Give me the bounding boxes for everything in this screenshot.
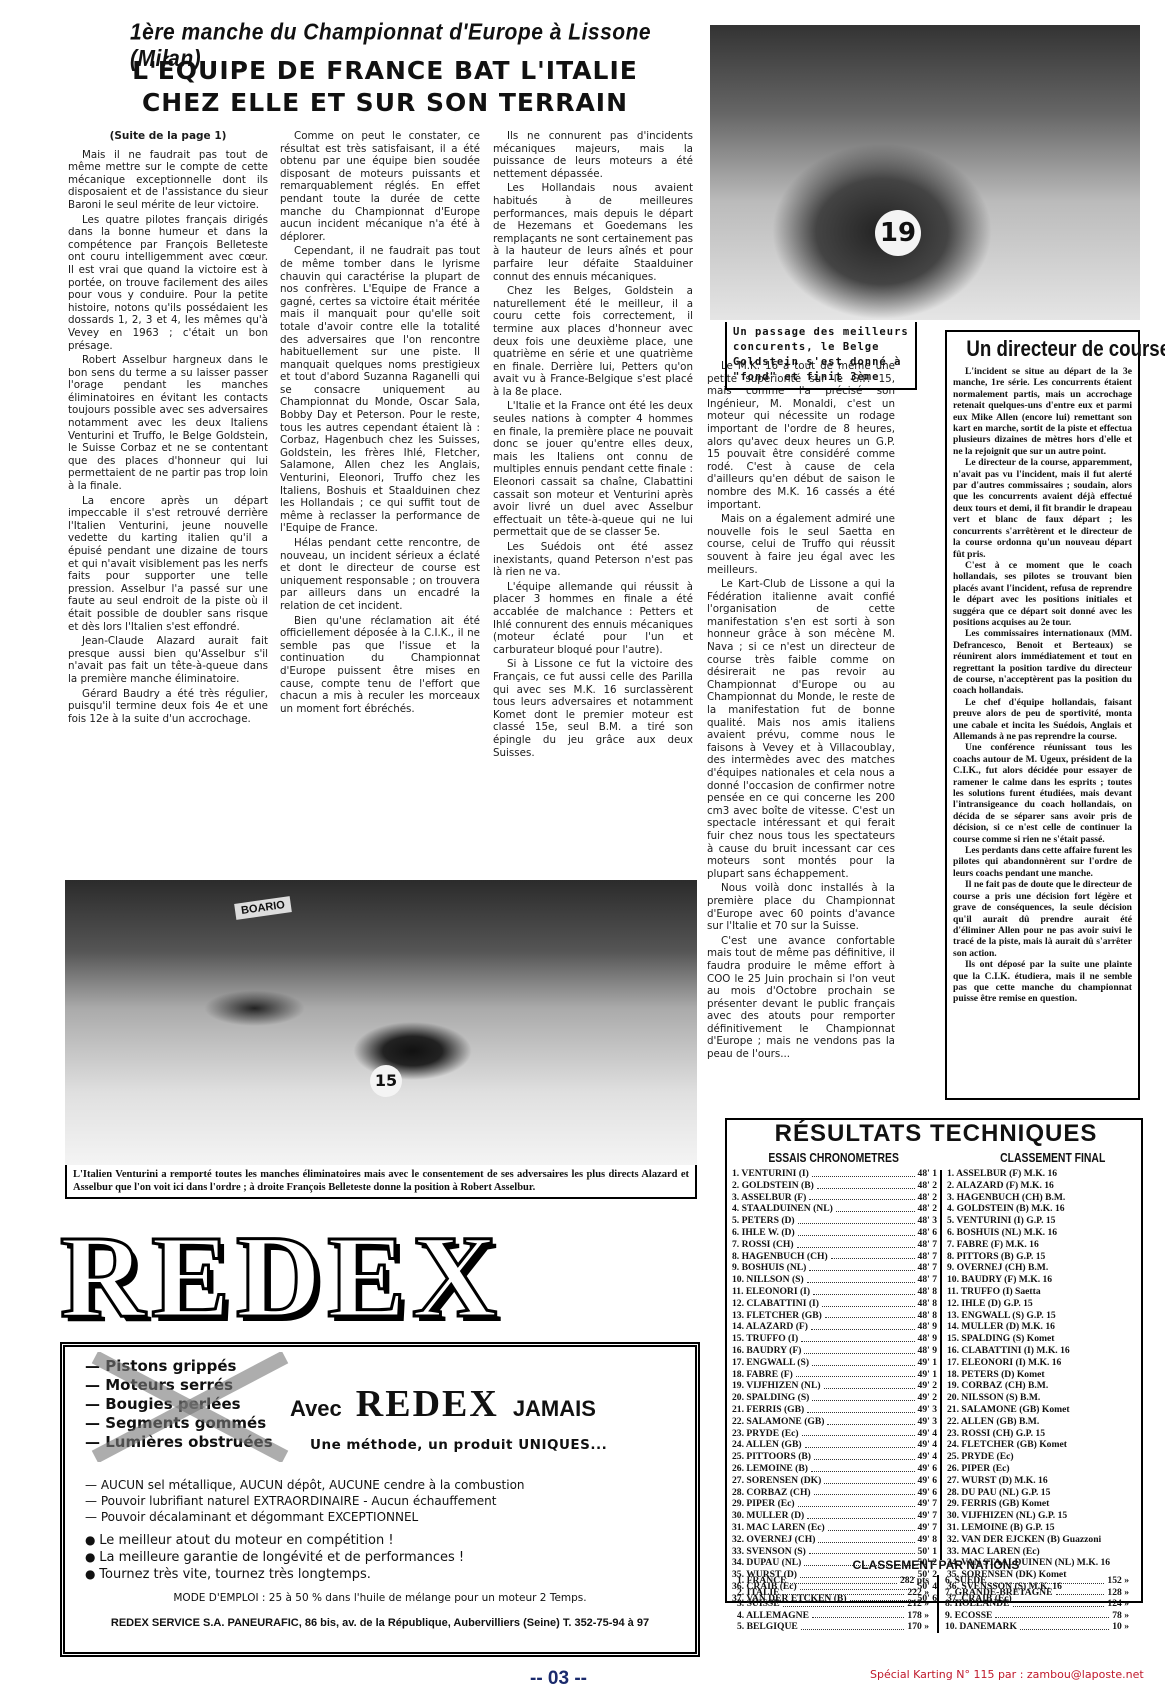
usage-instructions: MODE D'EMPLOI : 25 à 50 % dans l'huile d… xyxy=(65,1592,695,1604)
driver-name: 27. SORENSEN (DK) xyxy=(732,1475,821,1487)
nation-name: 9. ECOSSE xyxy=(945,1610,992,1622)
final-ranking-heading: CLASSEMENT FINAL xyxy=(1000,1150,1105,1165)
nation-name: 5. BELGIQUE xyxy=(737,1621,798,1633)
lap-time: 48' 6 xyxy=(918,1227,937,1239)
leader-dots xyxy=(805,1439,915,1448)
driver-name: 29. PIPER (Ec) xyxy=(732,1498,795,1510)
final-row: 33. MAC LAREN (Ec) xyxy=(947,1546,1142,1558)
lap-time: 49' 2 xyxy=(918,1392,937,1404)
qualifying-row: 7. ROSSI (CH)48' 7 xyxy=(732,1239,937,1251)
qualifying-row: 23. PRYDE (Ec)49' 4 xyxy=(732,1428,937,1440)
nation-row: 5. BELGIQUE170 » xyxy=(737,1621,929,1633)
paragraph: C'est une avance confortable mais tout d… xyxy=(707,935,895,1061)
driver-name: 24. ALLEN (GB) xyxy=(732,1439,802,1451)
article-headline: L'ÉQUIPE DE FRANCE BAT L'ITALIE CHEZ ELL… xyxy=(70,55,700,119)
qualifying-row: 11. ELEONORI (I)48' 8 xyxy=(732,1286,937,1298)
paragraph: Cependant, il ne faudrait pas tout de mê… xyxy=(280,245,480,535)
paragraph: Chez les Belges, Goldstein a naturelleme… xyxy=(493,285,693,398)
lap-time: 48' 2 xyxy=(918,1180,937,1192)
problem-item: Moteurs serrés xyxy=(85,1376,273,1395)
photo-caption-big: L'Italien Venturini a remporté toutes le… xyxy=(65,1165,697,1199)
qualifying-row: 20. SPALDING (S)49' 2 xyxy=(732,1392,937,1404)
lap-time: 48' 1 xyxy=(918,1168,937,1180)
qualifying-row: 4. STAALDUINEN (NL)48' 2 xyxy=(732,1203,937,1215)
lap-time: 49' 1 xyxy=(918,1357,937,1369)
redex-advertisement: REDEX Pistons grippés Moteurs serrés Bou… xyxy=(60,1212,700,1657)
final-row: 19. CORBAZ (CH) B.M. xyxy=(947,1380,1142,1392)
redex-logo: REDEX xyxy=(60,1212,700,1342)
final-row: 22. ALLEN (GB) B.M. xyxy=(947,1416,1142,1428)
leader-dots xyxy=(1056,1587,1105,1596)
final-row: 12. IHLE (D) G.P. 15 xyxy=(947,1298,1142,1310)
final-row: 5. VENTURINI (I) G.P. 15 xyxy=(947,1215,1142,1227)
qualifying-row: 3. ASSELBUR (F)48' 2 xyxy=(732,1192,937,1204)
points-unit: » xyxy=(1124,1575,1129,1587)
driver-name: 4. STAALDUINEN (NL) xyxy=(732,1203,833,1215)
lap-time: 48' 9 xyxy=(918,1333,937,1345)
sidebar-paragraph: Ils ont déposé par la suite une plainte … xyxy=(953,959,1132,1005)
driver-name: 2. GOLDSTEIN (B) xyxy=(732,1180,814,1192)
paragraph: Si à Lissone ce fut la victoire des Fran… xyxy=(493,658,693,759)
lap-time: 48' 7 xyxy=(918,1239,937,1251)
qualifying-row: 21. FERRIS (GB)49' 3 xyxy=(732,1404,937,1416)
points-unit: » xyxy=(1124,1621,1129,1633)
leader-dots xyxy=(1013,1598,1105,1607)
qualifying-row: 29. PIPER (Ec)49' 7 xyxy=(732,1498,937,1510)
leader-dots xyxy=(782,1587,904,1596)
leader-dots xyxy=(817,1180,915,1189)
nation-points: 10 xyxy=(1112,1621,1122,1633)
driver-name: 33. SVENSON (S) xyxy=(732,1546,806,1558)
race-photo-venturini: BOARIO 15 xyxy=(65,880,697,1165)
lap-time: 49' 3 xyxy=(918,1404,937,1416)
continued-note: (Suite de la page 1) xyxy=(68,130,268,143)
points-unit: » xyxy=(1124,1587,1129,1599)
paragraph: Les Hollandais nous avaient habitués à d… xyxy=(493,182,693,283)
driver-name: 19. VIJFHIZEN (NL) xyxy=(732,1380,821,1392)
leader-dots xyxy=(796,1369,915,1378)
article-column-3: Ils ne connurent pas d'incidents mécaniq… xyxy=(493,130,693,761)
leader-dots xyxy=(812,1392,914,1401)
driver-name: 23. PRYDE (Ec) xyxy=(732,1428,799,1440)
nation-name: 2. ITALIE xyxy=(737,1587,779,1599)
final-ranking-table: 1. ASSELBUR (F) M.K. 162. ALAZARD (F) M.… xyxy=(947,1168,1142,1604)
qualifying-row: 27. SORENSEN (DK)49' 6 xyxy=(732,1475,937,1487)
final-row: 4. GOLDSTEIN (B) M.K. 16 xyxy=(947,1203,1142,1215)
driver-name: 15. TRUFFO (I) xyxy=(732,1333,798,1345)
leader-dots xyxy=(822,1298,915,1307)
paragraph: La encore après un départ impeccable il … xyxy=(68,495,268,634)
avec-redex-slogan: AvecREDEXJAMAIS xyxy=(290,1382,596,1426)
lap-time: 49' 1 xyxy=(918,1369,937,1381)
redex-ad-box: Pistons grippés Moteurs serrés Bougies p… xyxy=(60,1342,700,1657)
qualifying-row: 22. SALAMONE (GB)49' 3 xyxy=(732,1416,937,1428)
final-row: 14. MULLER (D) M.K. 16 xyxy=(947,1321,1142,1333)
headline-line-2: CHEZ ELLE ET SUR SON TERRAIN xyxy=(70,87,700,119)
sidebar-box: Un directeur de course trop nerveux L'in… xyxy=(945,330,1140,1100)
points-unit: » xyxy=(924,1587,929,1599)
paragraph: Robert Asselbur hargneux dans le bon sen… xyxy=(68,354,268,493)
driver-name: 7. ROSSI (CH) xyxy=(732,1239,794,1251)
final-row: 10. BAUDRY (F) M.K. 16 xyxy=(947,1274,1142,1286)
qualifying-row: 10. NILLSON (S)48' 7 xyxy=(732,1274,937,1286)
nation-points: 124 xyxy=(1107,1598,1121,1610)
lap-time: 48' 8 xyxy=(918,1298,937,1310)
leader-dots xyxy=(813,1286,914,1295)
lap-time: 48' 2 xyxy=(918,1192,937,1204)
final-row: 32. VAN DER EJCKEN (B) Guazzoni xyxy=(947,1534,1142,1546)
sidebar-paragraph: L'incident se situe au départ de la 3e m… xyxy=(953,366,1132,457)
problem-item: Lumières obstruées xyxy=(85,1433,273,1452)
benefit-item: Tournez très vite, tournez très longtemp… xyxy=(85,1566,464,1583)
avec-label: Avec xyxy=(290,1396,342,1421)
qualifying-row: 18. FABRE (F)49' 1 xyxy=(732,1369,937,1381)
lap-time: 50' 1 xyxy=(918,1546,937,1558)
leader-dots xyxy=(798,1498,915,1507)
qualifying-row: 9. BOSHUIS (NL)48' 7 xyxy=(732,1262,937,1274)
qualifying-row: 15. TRUFFO (I)48' 9 xyxy=(732,1333,937,1345)
nations-heading: CLASSEMENT PAR NATIONS xyxy=(727,1558,1145,1572)
paragraph: Les quatre pilotes français dirigés dans… xyxy=(68,214,268,353)
points-unit: » xyxy=(924,1598,929,1610)
qualifying-row: 16. BAUDRY (F)48' 9 xyxy=(732,1345,937,1357)
feature-item: Pouvoir lubrifiant naturel EXTRAORDINAIR… xyxy=(85,1493,525,1509)
results-title: RÉSULTATS TECHNIQUES xyxy=(727,1120,1145,1148)
nations-table: 1. FRANCE282 pts2. ITALIE222 »3. SUISSE2… xyxy=(737,1575,1137,1633)
qualifying-row: 6. IHLE W. (D)48' 6 xyxy=(732,1227,937,1239)
article-column-1: (Suite de la page 1) Mais il ne faudrait… xyxy=(68,130,268,727)
company-address: REDEX SERVICE S.A. PANEURAFIC, 86 bis, a… xyxy=(65,1617,695,1629)
sidebar-paragraph: Le chef d'équipe hollandais, faisant pre… xyxy=(953,697,1132,743)
leader-dots xyxy=(807,1404,914,1413)
points-unit: » xyxy=(924,1621,929,1633)
qualifying-row: 17. ENGWALL (S)49' 1 xyxy=(732,1357,937,1369)
paragraph: Gérard Baudry a été très régulier, puisq… xyxy=(68,688,268,726)
nation-row: 7. GRANDE-BRETAGNE128 » xyxy=(945,1587,1129,1599)
leader-dots xyxy=(811,1463,915,1472)
nation-name: 7. GRANDE-BRETAGNE xyxy=(945,1587,1053,1599)
lap-time: 49' 7 xyxy=(918,1498,937,1510)
leader-dots xyxy=(824,1380,915,1389)
paragraph: Comme on peut le constater, ce résultat … xyxy=(280,130,480,243)
final-row: 27. WURST (D) M.K. 16 xyxy=(947,1475,1142,1487)
problem-item: Segments gommés xyxy=(85,1414,273,1433)
leader-dots xyxy=(836,1203,915,1212)
final-row: 25. PRYDE (Ec) xyxy=(947,1451,1142,1463)
paragraph: Nous voilà donc installés à la première … xyxy=(707,882,895,932)
nation-name: 3. SUISSE xyxy=(737,1598,780,1610)
leader-dots xyxy=(1020,1621,1109,1630)
qualifying-row: 30. MULLER (D)49' 7 xyxy=(732,1510,937,1522)
sidebar-paragraph: C'est à ce moment que le coach hollandai… xyxy=(953,560,1132,628)
qualifying-row: 2. GOLDSTEIN (B)48' 2 xyxy=(732,1180,937,1192)
leader-dots xyxy=(831,1251,915,1260)
paragraph: Mais on a également admiré une nouvelle … xyxy=(707,513,895,576)
article-column-4: Le M.K. 16 a tout de même une petite sup… xyxy=(707,360,895,1063)
leader-dots xyxy=(798,1227,915,1236)
qualifying-row: 25. PITTOORS (B)49' 4 xyxy=(732,1451,937,1463)
nation-row: 9. ECOSSE78 » xyxy=(945,1610,1129,1622)
driver-name: 32. OVERNEJ (CH) xyxy=(732,1534,815,1546)
leader-dots xyxy=(814,1487,915,1496)
lap-time: 48' 7 xyxy=(918,1262,937,1274)
paragraph: L'équipe allemande qui réussit à placer … xyxy=(493,581,693,657)
page-number: -- 03 -- xyxy=(530,1668,587,1690)
points-unit: » xyxy=(1124,1598,1129,1610)
final-row: 31. LEMOINE (B) G.P. 15 xyxy=(947,1522,1142,1534)
driver-name: 3. ASSELBUR (F) xyxy=(732,1192,806,1204)
headline-line-1: L'ÉQUIPE DE FRANCE BAT L'ITALIE xyxy=(70,55,700,87)
driver-name: 13. FLETCHER (GB) xyxy=(732,1310,822,1322)
lap-time: 49' 6 xyxy=(918,1487,937,1499)
final-row: 7. FABRE (F) M.K. 16 xyxy=(947,1239,1142,1251)
sidebar-paragraph: Une conférence réunissant tous les coach… xyxy=(953,742,1132,845)
qualifying-row: 28. CORBAZ (CH)49' 6 xyxy=(732,1487,937,1499)
lap-time: 49' 8 xyxy=(918,1534,937,1546)
driver-name: 28. CORBAZ (CH) xyxy=(732,1487,811,1499)
leader-dots xyxy=(809,1262,914,1271)
final-row: 17. ELEONORI (I) M.K. 16 xyxy=(947,1357,1142,1369)
driver-name: 8. HAGENBUCH (CH) xyxy=(732,1251,828,1263)
sidebar-paragraph: Il ne fait pas de doute que le directeur… xyxy=(953,879,1132,959)
lap-time: 48' 9 xyxy=(918,1345,937,1357)
final-row: 23. ROSSI (CH) G.P. 15 xyxy=(947,1428,1142,1440)
paragraph: Jean-Claude Alazard aurait fait presque … xyxy=(68,635,268,685)
problem-item: Pistons grippés xyxy=(85,1357,273,1376)
nation-points: 178 xyxy=(907,1610,921,1622)
leader-dots xyxy=(807,1510,914,1519)
final-row: 3. HAGENBUCH (CH) B.M. xyxy=(947,1192,1142,1204)
final-row: 2. ALAZARD (F) M.K. 16 xyxy=(947,1180,1142,1192)
driver-name: 20. SPALDING (S) xyxy=(732,1392,809,1404)
lap-time: 49' 4 xyxy=(918,1428,937,1440)
leader-dots xyxy=(828,1522,915,1531)
driver-name: 5. PETERS (D) xyxy=(732,1215,795,1227)
lap-time: 48' 7 xyxy=(918,1251,937,1263)
final-row: 18. PETERS (D) Komet xyxy=(947,1369,1142,1381)
paragraph: Bien qu'une réclamation ait été officiel… xyxy=(280,615,480,716)
paragraph: Ils ne connurent pas d'incidents mécaniq… xyxy=(493,130,693,180)
nation-name: 6. SUEDE xyxy=(945,1575,987,1587)
brand-name: REDEX xyxy=(356,1383,499,1425)
leader-dots xyxy=(812,1168,915,1177)
nation-row: 4. ALLEMAGNE178 » xyxy=(737,1610,929,1622)
footer-credit: Spécial Karting N° 115 par : zambou@lapo… xyxy=(870,1668,1144,1681)
driver-name: 6. IHLE W. (D) xyxy=(732,1227,795,1239)
lap-time: 49' 4 xyxy=(918,1439,937,1451)
driver-name: 18. FABRE (F) xyxy=(732,1369,793,1381)
driver-name: 14. ALAZARD (F) xyxy=(732,1321,808,1333)
final-row: 26. PIPER (Ec) xyxy=(947,1463,1142,1475)
nation-row: 8. HOLLANDE124 » xyxy=(945,1598,1129,1610)
leader-dots xyxy=(824,1475,914,1484)
paragraph: L'Italie et la France ont été les deux s… xyxy=(493,400,693,539)
feature-item: Pouvoir décalaminant et dégommant EXCEPT… xyxy=(85,1509,525,1525)
lap-time: 48' 8 xyxy=(918,1286,937,1298)
paragraph: Mais il ne faudrait pas tout de même met… xyxy=(68,149,268,212)
nation-points: 128 xyxy=(1107,1587,1121,1599)
photo-caption-top: Un passage des meilleurs concurents, le … xyxy=(725,322,917,390)
results-box: RÉSULTATS TECHNIQUES ESSAIS CHRONOMETRES… xyxy=(725,1118,1143,1603)
lap-time: 48' 9 xyxy=(918,1321,937,1333)
qualifying-row: 13. FLETCHER (GB)48' 8 xyxy=(732,1310,937,1322)
leader-dots xyxy=(801,1621,905,1630)
qualifying-heading: ESSAIS CHRONOMETRES xyxy=(768,1150,899,1165)
leader-dots xyxy=(809,1192,914,1201)
nation-name: 10. DANEMARK xyxy=(945,1621,1017,1633)
feature-item: AUCUN sel métallique, AUCUN dépôt, AUCUN… xyxy=(85,1477,525,1493)
qualifying-row: 33. SVENSON (S)50' 1 xyxy=(732,1546,937,1558)
nation-points: 212 xyxy=(907,1598,921,1610)
problem-list: Pistons grippés Moteurs serrés Bougies p… xyxy=(85,1357,273,1452)
qualifying-row: 19. VIJFHIZEN (NL)49' 2 xyxy=(732,1380,937,1392)
benefit-item: Le meilleur atout du moteur en compétiti… xyxy=(85,1532,464,1549)
final-row: 28. DU PAU (NL) G.P. 15 xyxy=(947,1487,1142,1499)
driver-name: 25. PITTOORS (B) xyxy=(732,1451,811,1463)
sidebar-paragraph: Les commissaires internationaux (MM. Def… xyxy=(953,628,1132,696)
qualifying-row: 12. CLABATTINI (I)48' 8 xyxy=(732,1298,937,1310)
leader-dots xyxy=(783,1598,905,1607)
qualifying-table: 1. VENTURINI (I)48' 12. GOLDSTEIN (B)48'… xyxy=(732,1168,937,1604)
lap-time: 49' 6 xyxy=(918,1463,937,1475)
nation-points: 222 xyxy=(907,1587,921,1599)
lap-time: 48' 8 xyxy=(918,1310,937,1322)
lap-time: 49' 4 xyxy=(918,1451,937,1463)
nation-row: 2. ITALIE222 » xyxy=(737,1587,929,1599)
nation-row: 10. DANEMARK10 » xyxy=(945,1621,1129,1633)
leader-dots xyxy=(814,1451,915,1460)
paragraph: Hélas pendant cette rencontre, de nouvea… xyxy=(280,537,480,613)
points-unit: » xyxy=(1124,1610,1129,1622)
qualifying-row: 1. VENTURINI (I)48' 1 xyxy=(732,1168,937,1180)
nation-points: 152 xyxy=(1107,1575,1121,1587)
driver-name: 10. NILLSON (S) xyxy=(732,1274,804,1286)
sidebar-title: Un directeur de course trop nerveux xyxy=(966,336,1118,362)
driver-name: 17. ENGWALL (S) xyxy=(732,1357,809,1369)
nation-points: 170 xyxy=(907,1621,921,1633)
leader-dots xyxy=(801,1333,914,1342)
leader-dots xyxy=(811,1321,915,1330)
final-row: 9. OVERNEJ (CH) B.M. xyxy=(947,1262,1142,1274)
nation-name: 4. ALLEMAGNE xyxy=(737,1610,809,1622)
kart-photo-goldstein: 19 xyxy=(710,25,1140,320)
nation-points: 282 xyxy=(900,1575,914,1587)
lap-time: 49' 3 xyxy=(918,1416,937,1428)
problem-item: Bougies perlées xyxy=(85,1395,273,1414)
leader-dots xyxy=(802,1428,915,1437)
ad-tagline: Une méthode, un produit UNIQUES... xyxy=(310,1437,607,1453)
qualifying-row: 14. ALAZARD (F)48' 9 xyxy=(732,1321,937,1333)
leader-dots xyxy=(827,1416,914,1425)
lap-time: 48' 2 xyxy=(918,1203,937,1215)
nations-column-1: 1. FRANCE282 pts2. ITALIE222 »3. SUISSE2… xyxy=(737,1575,937,1633)
nation-name: 1. FRANCE xyxy=(737,1575,787,1587)
lap-time: 49' 7 xyxy=(918,1510,937,1522)
final-row: 21. SALAMONE (GB) Komet xyxy=(947,1404,1142,1416)
sidebar-paragraph: Le directeur de la course, apparemment, … xyxy=(953,457,1132,560)
benefit-item: La meilleure garantie de longévité et de… xyxy=(85,1549,464,1566)
leader-dots xyxy=(798,1215,915,1224)
article-column-2: Comme on peut le constater, ce résultat … xyxy=(280,130,480,717)
column-divider xyxy=(940,1170,942,1560)
nation-points: 78 xyxy=(1112,1610,1122,1622)
driver-name: 22. SALAMONE (GB) xyxy=(732,1416,824,1428)
lap-time: 49' 2 xyxy=(918,1380,937,1392)
nation-name: 8. HOLLANDE xyxy=(945,1598,1010,1610)
driver-name: 16. BAUDRY (F) xyxy=(732,1345,801,1357)
final-row: 6. BOSHUIS (NL) M.K. 16 xyxy=(947,1227,1142,1239)
leader-dots xyxy=(818,1534,914,1543)
sidebar-paragraph: Les perdants dans cette affaire furent l… xyxy=(953,845,1132,879)
final-row: 11. TRUFFO (I) Saetta xyxy=(947,1286,1142,1298)
driver-name: 9. BOSHUIS (NL) xyxy=(732,1262,806,1274)
feature-list: AUCUN sel métallique, AUCUN dépôt, AUCUN… xyxy=(85,1477,525,1525)
leader-dots xyxy=(809,1546,915,1555)
leader-dots xyxy=(807,1274,915,1283)
qualifying-row: 5. PETERS (D)48' 3 xyxy=(732,1215,937,1227)
final-row: 20. NILSSON (S) B.M. xyxy=(947,1392,1142,1404)
paragraph: Le Kart-Club de Lissone a qui la Fédérat… xyxy=(707,578,895,880)
leader-dots xyxy=(812,1357,915,1366)
final-row: 24. FLETCHER (GB) Komet xyxy=(947,1439,1142,1451)
final-row: 13. ENGWALL (S) G.P. 15 xyxy=(947,1310,1142,1322)
leader-dots xyxy=(790,1575,897,1584)
lap-time: 49' 7 xyxy=(918,1522,937,1534)
leader-dots xyxy=(990,1575,1105,1584)
leader-dots xyxy=(804,1345,914,1354)
nation-row: 3. SUISSE212 » xyxy=(737,1598,929,1610)
driver-name: 26. LEMOINE (B) xyxy=(732,1463,808,1475)
driver-name: 11. ELEONORI (I) xyxy=(732,1286,810,1298)
final-row: 15. SPALDING (S) Komet xyxy=(947,1333,1142,1345)
qualifying-row: 8. HAGENBUCH (CH)48' 7 xyxy=(732,1251,937,1263)
qualifying-row: 32. OVERNEJ (CH)49' 8 xyxy=(732,1534,937,1546)
track-sign: BOARIO xyxy=(234,896,292,920)
driver-name: 21. FERRIS (GB) xyxy=(732,1404,804,1416)
qualifying-row: 24. ALLEN (GB)49' 4 xyxy=(732,1439,937,1451)
nation-row: 1. FRANCE282 pts xyxy=(737,1575,929,1587)
leader-dots xyxy=(995,1610,1109,1619)
points-unit: pts xyxy=(917,1575,929,1587)
driver-name: 30. MULLER (D) xyxy=(732,1510,804,1522)
leader-dots xyxy=(812,1610,904,1619)
leader-dots xyxy=(825,1310,915,1319)
lap-time: 49' 6 xyxy=(918,1475,937,1487)
driver-name: 31. MAC LAREN (Ec) xyxy=(732,1522,825,1534)
paragraph: Les Suédois ont été assez inexistants, q… xyxy=(493,541,693,579)
final-row: 30. VIJFHIZEN (NL) G.P. 15 xyxy=(947,1510,1142,1522)
benefit-list: Le meilleur atout du moteur en compétiti… xyxy=(85,1532,464,1583)
driver-name: 12. CLABATTINI (I) xyxy=(732,1298,819,1310)
points-unit: » xyxy=(924,1610,929,1622)
lap-time: 48' 3 xyxy=(918,1215,937,1227)
kart-number: 19 xyxy=(875,210,921,256)
jamais-label: JAMAIS xyxy=(513,1396,596,1421)
final-row: 29. FERRIS (GB) Komet xyxy=(947,1498,1142,1510)
driver-name: 1. VENTURINI (I) xyxy=(732,1168,809,1180)
lap-time: 48' 7 xyxy=(918,1274,937,1286)
qualifying-row: 26. LEMOINE (B)49' 6 xyxy=(732,1463,937,1475)
final-row: 1. ASSELBUR (F) M.K. 16 xyxy=(947,1168,1142,1180)
leader-dots xyxy=(797,1239,915,1248)
kart-number: 15 xyxy=(370,1065,402,1097)
final-row: 8. PITTORS (B) G.P. 15 xyxy=(947,1251,1142,1263)
qualifying-row: 31. MAC LAREN (Ec)49' 7 xyxy=(732,1522,937,1534)
nation-row: 6. SUEDE152 » xyxy=(945,1575,1129,1587)
final-row: 16. CLABATTINI (I) M.K. 16 xyxy=(947,1345,1142,1357)
nations-column-2: 6. SUEDE152 »7. GRANDE-BRETAGNE128 »8. H… xyxy=(937,1575,1137,1633)
